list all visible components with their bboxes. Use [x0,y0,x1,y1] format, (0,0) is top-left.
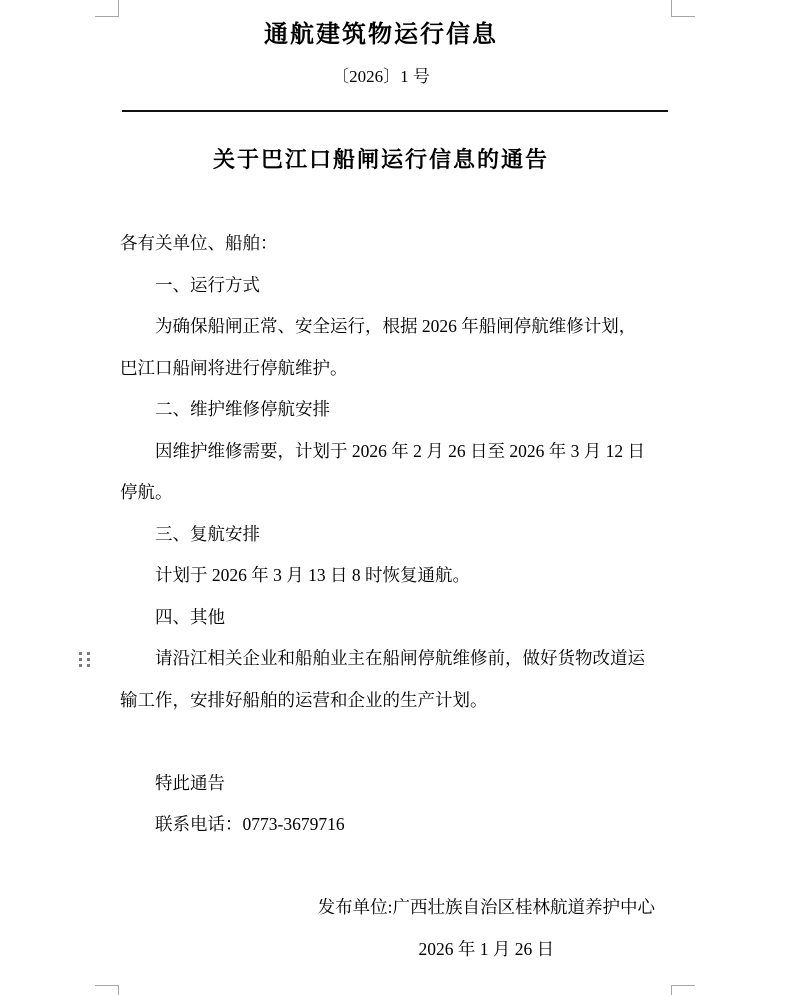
crop-mark-top-right [671,0,695,17]
document-page: 通航建筑物运行信息 〔2026〕1 号 关于巴江口船闸运行信息的通告 各有关单位… [0,0,791,995]
body-line-section-4: 四、其他 [120,597,668,639]
body-line-salutation: 各有关单位、船舶： [120,223,668,265]
blank-line [120,721,668,763]
drag-dot [87,658,90,661]
signature-inner: 发布单位:广西壮族自治区桂林航道养护中心 2026 年 1 月 26 日 [318,887,655,970]
crop-mark-top-left [95,0,119,17]
blank-line [120,846,668,888]
drag-dot [79,658,82,661]
body-line-section-2: 二、维护维修停航安排 [120,389,668,431]
document-body: 各有关单位、船舶： 一、运行方式 为确保船闸正常、安全运行，根据 2026 年船… [120,223,668,970]
body-line-closing: 特此通告 [120,763,668,805]
notice-subject-heading: 关于巴江口船闸运行信息的通告 [107,145,655,175]
body-line: 巴江口船闸将进行停航维护。 [120,348,668,390]
body-line: 为确保船闸正常、安全运行，根据 2026 年船闸停航维修计划， [120,306,668,348]
paragraph-drag-handle-icon[interactable] [79,652,90,667]
crop-mark-bottom-left [95,985,119,995]
body-line: 计划于 2026 年 3 月 13 日 8 时恢复通航。 [120,555,668,597]
body-line: 因维护维修需要，计划于 2026 年 2 月 26 日至 2026 年 3 月 … [120,431,668,473]
document-title: 通航建筑物运行信息 [107,20,655,50]
body-line-phone: 联系电话：0773-3679716 [120,804,668,846]
body-line-section-1: 一、运行方式 [120,265,668,307]
signature-block: 发布单位:广西壮族自治区桂林航道养护中心 2026 年 1 月 26 日 [120,887,668,970]
body-line-section-3: 三、复航安排 [120,514,668,556]
publisher-line: 发布单位:广西壮族自治区桂林航道养护中心 [318,887,655,929]
body-line: 输工作，安排好船舶的运营和企业的生产计划。 [120,680,668,722]
issue-number: 〔2026〕1 号 [107,64,655,90]
body-line: 请沿江相关企业和船舶业主在船闸停航维修前，做好货物改道运 [120,638,668,680]
crop-mark-bottom-right [671,985,695,995]
date-line: 2026 年 1 月 26 日 [318,929,655,971]
drag-dot [79,652,82,655]
drag-dot [79,664,82,667]
drag-dot [87,652,90,655]
header-divider-rule [122,110,668,112]
body-line: 停航。 [120,472,668,514]
drag-dot [87,664,90,667]
